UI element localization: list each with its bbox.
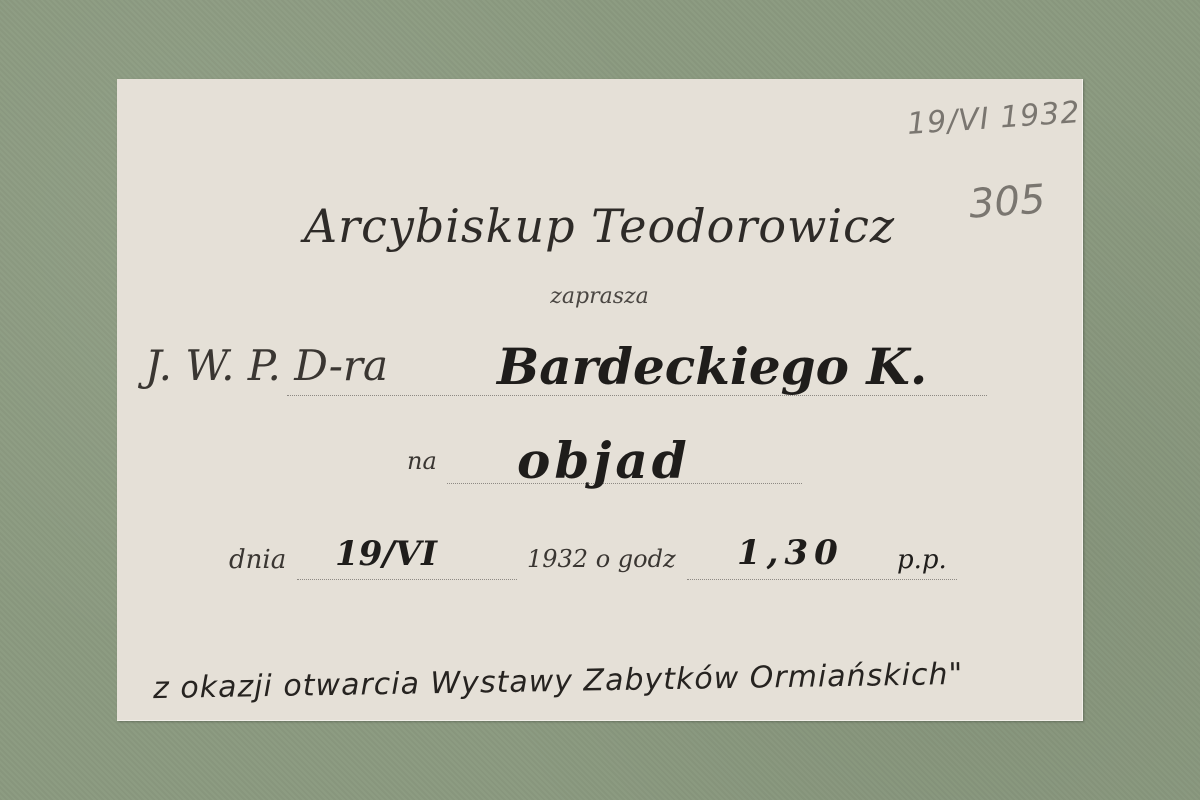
guest-title-prefix: J. W. P. D-ra (145, 341, 388, 390)
host-name: Arcybiskup Teodorowicz (117, 199, 1082, 253)
time-suffix: p.p. (897, 545, 947, 575)
day-dotted-line (297, 579, 517, 580)
day-value: 19/VI (335, 534, 437, 574)
guest-name: Bardeckiego K. (497, 337, 927, 396)
archive-date-annotation: 19/VI 1932 (906, 95, 1082, 142)
time-value: 1,30 (737, 533, 844, 573)
time-dotted-line (687, 579, 957, 580)
handwritten-occasion-note: z okazji otwarcia Wystawy Zabytków Ormia… (153, 657, 964, 706)
occasion-label: na (407, 447, 437, 475)
day-label: dnia (229, 545, 286, 575)
invitation-card: 19/VI 1932 305 Arcybiskup Teodorowicz za… (117, 79, 1083, 721)
year-and-hour-label: 1932 o godz (527, 545, 676, 573)
invites-verb: zaprasza (117, 284, 1082, 309)
occasion-value: objad (517, 431, 691, 490)
